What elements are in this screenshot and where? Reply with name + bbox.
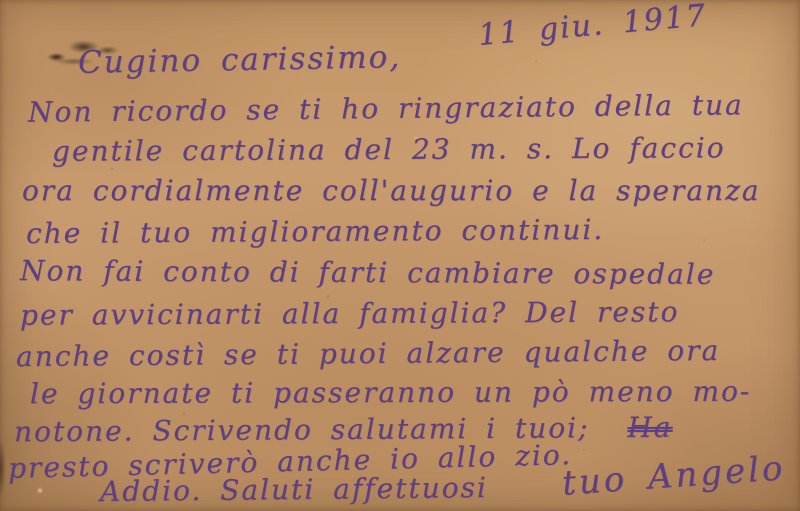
body-line: notone. Scrivendo salutami i tuoi; Ha: [14, 411, 673, 449]
signature: tuo Angelo: [561, 448, 787, 503]
body-line: che il tuo miglioramento continui.: [26, 213, 604, 250]
body-line: per avvicinarti alla famiglia? Del resto: [20, 295, 680, 331]
body-line: Non ricordo se ti ho ringraziato della t…: [28, 88, 744, 128]
postcard-date: 11 giu. 1917: [477, 0, 708, 53]
body-line: anche costì se ti puoi alzare qualche or…: [16, 334, 720, 373]
body-line: le giornate ti passeranno un pò meno mo-: [30, 375, 751, 411]
body-line: Non fai conto di farti cambiare ospedale: [20, 254, 716, 291]
body-line: gentile cartolina del 23 m. s. Lo faccio: [52, 131, 726, 168]
body-line: ora cordialmente coll'augurio e la spera…: [22, 174, 761, 207]
body-line: Addio. Saluti affettuosi: [100, 471, 488, 508]
struck-out-word: Ha: [627, 411, 672, 444]
postcard: 11 giu. 1917 Cugino carissimo, Non ricor…: [0, 0, 800, 511]
greeting-line: Cugino carissimo,: [78, 39, 402, 81]
